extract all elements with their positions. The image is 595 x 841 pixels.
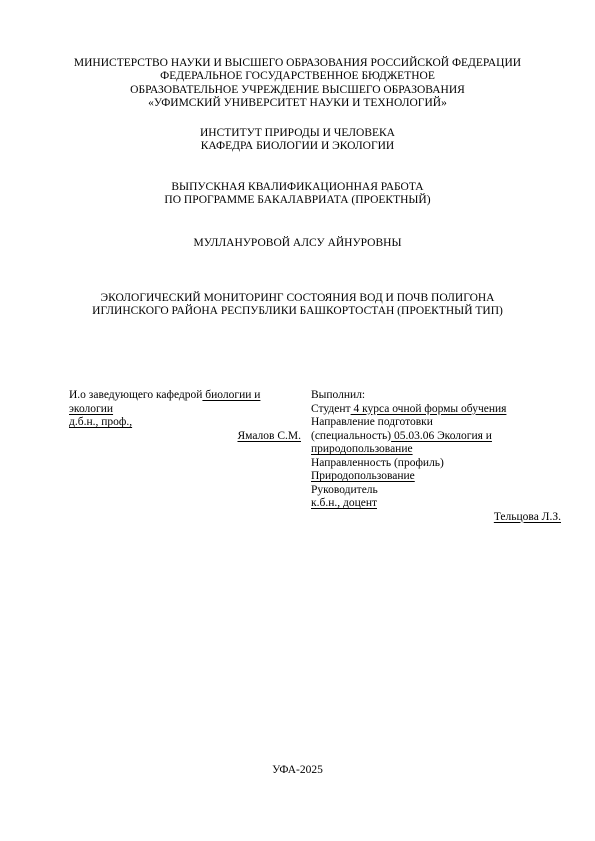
head-position-label: И.о заведующего кафедрой <box>69 389 202 401</box>
head-department-value-cont: экологии <box>69 403 113 415</box>
thesis-title-line: ЭКОЛОГИЧЕСКИЙ МОНИТОРИНГ СОСТОЯНИЯ ВОД И… <box>0 292 595 305</box>
head-department-value: биологии и <box>202 389 260 401</box>
header-line: МИНИСТЕРСТВО НАУКИ И ВЫСШЕГО ОБРАЗОВАНИЯ… <box>0 57 595 70</box>
ministry-header: МИНИСТЕРСТВО НАУКИ И ВЫСШЕГО ОБРАЗОВАНИЯ… <box>0 57 595 110</box>
head-of-department-block: И.о заведующего кафедрой биологии и экол… <box>69 389 301 443</box>
profile-label: Направленность (профиль) <box>311 457 561 471</box>
author-name-text: МУЛЛАНУРОВОЙ АЛСУ АЙНУРОВНЫ <box>0 237 595 250</box>
city-year: УФА-2025 <box>0 764 595 777</box>
head-name: Ямалов С.М. <box>237 430 301 442</box>
student-label: Студент <box>311 403 351 415</box>
author-name: МУЛЛАНУРОВОЙ АЛСУ АЙНУРОВНЫ <box>0 237 595 250</box>
header-line: «УФИМСКИЙ УНИВЕРСИТЕТ НАУКИ И ТЕХНОЛОГИЙ… <box>0 97 595 110</box>
work-type-line: ПО ПРОГРАММЕ БАКАЛАВРИАТА (ПРОЕКТНЫЙ) <box>0 194 595 207</box>
head-degree: д.б.н., проф., <box>69 416 132 428</box>
work-type-line: ВЫПУСКНАЯ КВАЛИФИКАЦИОННАЯ РАБОТА <box>0 181 595 194</box>
supervisor-label: Руководитель <box>311 484 561 498</box>
thesis-title-line: ИГЛИНСКОГО РАЙОНА РЕСПУБЛИКИ БАШКОРТОСТА… <box>0 305 595 318</box>
thesis-title: ЭКОЛОГИЧЕСКИЙ МОНИТОРИНГ СОСТОЯНИЯ ВОД И… <box>0 292 595 319</box>
direction-value: 05.03.06 Экология и <box>391 430 492 442</box>
student-course: 4 курса очной формы обучения <box>351 403 507 415</box>
department-name: КАФЕДРА БИОЛОГИИ И ЭКОЛОГИИ <box>0 140 595 153</box>
city-year-text: УФА-2025 <box>0 764 595 777</box>
institute-name: ИНСТИТУТ ПРИРОДЫ И ЧЕЛОВЕКА <box>0 127 595 140</box>
title-page: МИНИСТЕРСТВО НАУКИ И ВЫСШЕГО ОБРАЗОВАНИЯ… <box>0 0 595 841</box>
direction-label: Направление подготовки <box>311 416 561 430</box>
supervisor-name: Тельцова Л.З. <box>494 511 561 523</box>
profile-value: Природопользование <box>311 470 415 482</box>
work-type-block: ВЫПУСКНАЯ КВАЛИФИКАЦИОННАЯ РАБОТА ПО ПРО… <box>0 181 595 208</box>
header-line: ОБРАЗОВАТЕЛЬНОЕ УЧРЕЖДЕНИЕ ВЫСШЕГО ОБРАЗ… <box>0 84 595 97</box>
direction-label-cont: (специальность) <box>311 430 391 442</box>
direction-value-cont: природопользование <box>311 443 413 455</box>
header-line: ФЕДЕРАЛЬНОЕ ГОСУДАРСТВЕННОЕ БЮДЖЕТНОЕ <box>0 70 595 83</box>
performed-label: Выполнил: <box>311 389 561 403</box>
institute-block: ИНСТИТУТ ПРИРОДЫ И ЧЕЛОВЕКА КАФЕДРА БИОЛ… <box>0 127 595 154</box>
student-block: Выполнил: Студент 4 курса очной формы об… <box>311 389 561 524</box>
supervisor-degree: к.б.н., доцент <box>311 497 377 509</box>
